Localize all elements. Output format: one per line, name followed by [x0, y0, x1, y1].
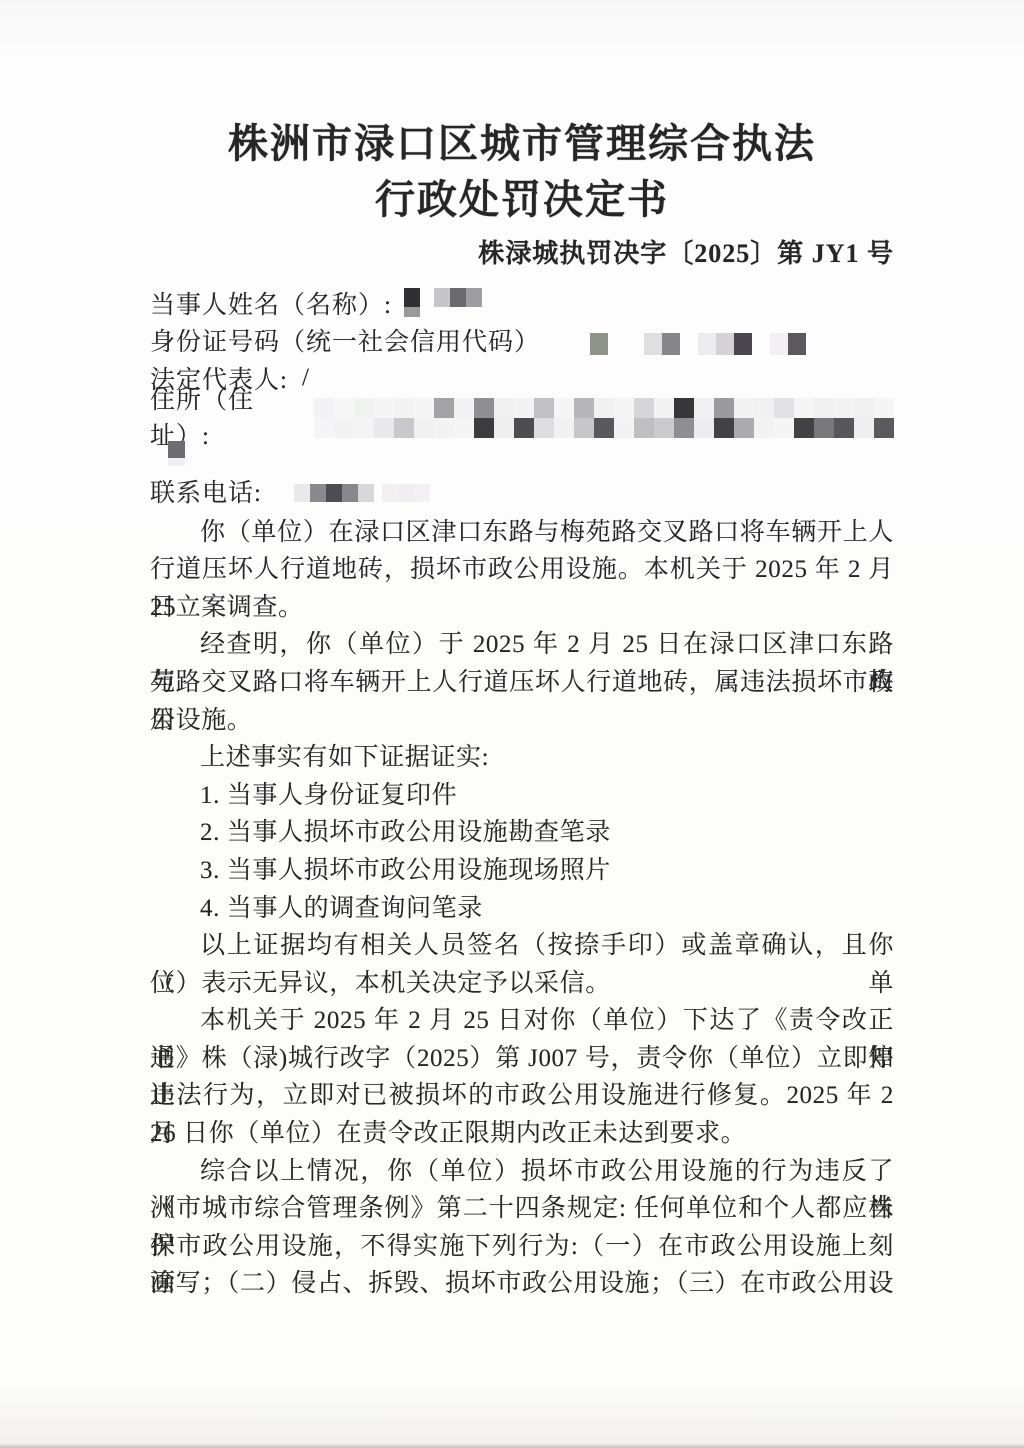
evidence-item: 3. 当事人损坏市政公用设施现场照片 [150, 852, 894, 890]
evidence-heading: 上述事实有如下证据证实: [150, 739, 894, 777]
body-line: 用设施。 [150, 702, 894, 740]
body-line: 日立案调查。 [150, 589, 894, 627]
body-line: 综合以上情况，你（单位）损坏市政公用设施的行为违反了《株 [150, 1153, 894, 1191]
document-title-line-2: 行政处罚决定书 [150, 172, 894, 228]
field-value-legal-representative: / [302, 364, 310, 392]
body-line: 书》株（渌)城行改字（2025）第 J007 号，责令你（单位）立即停止 [150, 1040, 894, 1078]
field-label-id-number: 身份证号码（统一社会信用代码） [150, 322, 540, 358]
body-line: 洲市城市综合管理条例》第二十四条规定: 任何单位和个人都应当保 [150, 1190, 894, 1228]
document-number: 株渌城执罚决字〔2025〕第 JY1 号 [150, 234, 894, 274]
redaction-party-name [404, 288, 482, 317]
field-id-number: 身份证号码（统一社会信用代码） [150, 322, 894, 360]
body-line: 26 日你（单位）在责令改正限期内改正未达到要求。 [150, 1115, 894, 1153]
redaction-phone [294, 484, 430, 502]
redaction-id-number [590, 333, 806, 355]
field-address: 住所（住址）: [150, 397, 894, 435]
body-line: 涂写；（二）侵占、拆毁、损坏市政公用设施；（三）在市政公用设 [150, 1265, 894, 1303]
evidence-item: 2. 当事人损坏市政公用设施勘查笔录 [150, 814, 894, 852]
document-header: 株洲市渌口区城市管理综合执法 行政处罚决定书 株渌城执罚决字〔2025〕第 JY… [150, 0, 894, 274]
body-line: 经查明，你（单位）于 2025 年 2 月 25 日在渌口区津口东路与梅 [150, 626, 894, 664]
field-label-phone: 联系电话: [150, 473, 262, 509]
body-line: 行道压坏人行道地砖，损坏市政公用设施。本机关于 2025 年 2 月 25 [150, 551, 894, 589]
body-line: 本机关于 2025 年 2 月 25 日对你（单位）下达了《责令改正通知 [150, 1002, 894, 1040]
scanned-document: 株洲市渌口区城市管理综合执法 行政处罚决定书 株渌城执罚决字〔2025〕第 JY… [0, 0, 1024, 1448]
evidence-item: 1. 当事人身份证复印件 [150, 777, 894, 815]
redaction-address-line2 [168, 441, 185, 466]
body-line: 违法行为，立即对已被损坏的市政公用设施进行修复。2025 年 2 月 [150, 1077, 894, 1115]
party-info-section: 当事人姓名（名称）: 身份证号码（统一社会信用代码） 法定代表人: / 住所（住… [150, 284, 894, 510]
field-party-name: 当事人姓名（名称）: [150, 284, 894, 322]
page-bottom-edge [0, 1443, 1024, 1448]
document-title-line-1: 株洲市渌口区城市管理综合执法 [150, 116, 894, 172]
body-line: 护市政公用设施，不得实施下列行为:（一）在市政公用设施上刻画、 [150, 1228, 894, 1266]
body-line: 以上证据均有相关人员签名（按捺手印）或盖章确认，且你（单 [150, 927, 894, 965]
evidence-item: 4. 当事人的调查询问笔录 [150, 890, 894, 928]
redaction-address [314, 398, 894, 438]
body-line: 苑路交叉路口将车辆开上人行道压坏人行道地砖，属违法损坏市政公 [150, 664, 894, 702]
document-body: 你（单位）在渌口区津口东路与梅苑路交叉路口将车辆开上人 行道压坏人行道地砖，损坏… [150, 514, 894, 1303]
body-line: 你（单位）在渌口区津口东路与梅苑路交叉路口将车辆开上人 [150, 514, 894, 552]
field-phone: 联系电话: [150, 472, 894, 510]
field-label-party-name: 当事人姓名（名称）: [150, 285, 392, 321]
